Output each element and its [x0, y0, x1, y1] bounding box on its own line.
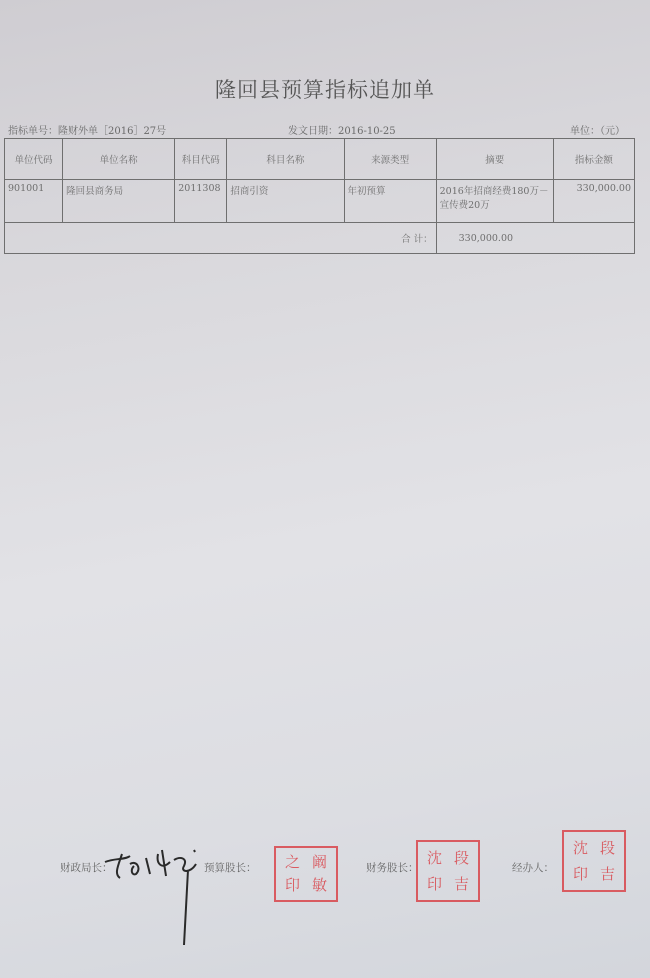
handwritten-signature — [100, 840, 215, 950]
cell-unit-name: 隆回县商务局 — [63, 180, 175, 223]
header-source-type: 来源类型 — [344, 139, 436, 180]
seal-char: 沈 — [567, 838, 594, 859]
seal-char: 阚 — [306, 852, 333, 873]
doc-number-label: 指标单号： — [8, 126, 58, 137]
header-unit-name: 单位名称 — [63, 139, 175, 180]
cell-subject-code: 2011308 — [175, 180, 227, 223]
seal-char: 吉 — [594, 864, 621, 885]
table-header-row: 单位代码 单位名称 科目代码 科目名称 来源类型 摘要 指标金额 — [5, 139, 635, 180]
header-subject-name: 科目名称 — [227, 139, 344, 180]
budget-chief-seal: 之阚印敏 — [274, 846, 338, 902]
total-row: 合 计： 330,000.00 — [5, 223, 635, 254]
table-row: 901001 隆回县商务局 2011308 招商引资 年初预算 2016年招商经… — [5, 180, 635, 223]
budget-table: 单位代码 单位名称 科目代码 科目名称 来源类型 摘要 指标金额 901001 … — [4, 138, 635, 254]
header-unit-code: 单位代码 — [5, 139, 63, 180]
seal-char: 敏 — [306, 875, 333, 896]
issue-date: 发文日期：2016-10-25 — [288, 122, 396, 137]
handler-seal: 沈段印吉 — [562, 830, 626, 892]
header-summary: 摘要 — [436, 139, 553, 180]
seal-char: 段 — [448, 848, 475, 869]
seal-char: 之 — [279, 852, 306, 873]
unit-note: 单位：（元） — [570, 122, 625, 137]
issue-date-label: 发文日期： — [288, 126, 338, 137]
seal-char: 沈 — [421, 848, 448, 869]
seal-char: 印 — [279, 875, 306, 896]
doc-number-value: 隆财外单［2016］27号 — [58, 126, 166, 137]
seal-char: 吉 — [448, 874, 475, 895]
finance-chief-seal: 沈段印吉 — [416, 840, 480, 902]
seal-char: 印 — [567, 864, 594, 885]
doc-number: 指标单号：隆财外单［2016］27号 — [8, 122, 166, 137]
seal-char: 段 — [594, 838, 621, 859]
total-value: 330,000.00 — [436, 223, 634, 254]
cell-amount: 330,000.00 — [553, 180, 634, 223]
cell-unit-code: 901001 — [5, 180, 63, 223]
total-label: 合 计： — [5, 223, 437, 254]
handler-label: 经办人： — [512, 860, 554, 875]
cell-summary: 2016年招商经费180万－宣传费20万 — [436, 180, 553, 223]
finance-chief-label: 财务股长： — [366, 860, 419, 875]
document-title: 隆回县预算指标追加单 — [0, 74, 650, 104]
issue-date-value: 2016-10-25 — [338, 126, 396, 137]
seal-char: 印 — [421, 874, 448, 895]
budget-addition-form: 隆回县预算指标追加单 指标单号：隆财外单［2016］27号 发文日期：2016-… — [0, 0, 650, 978]
budget-chief-label: 预算股长： — [204, 860, 257, 875]
cell-subject-name: 招商引资 — [227, 180, 344, 223]
header-subject-code: 科目代码 — [175, 139, 227, 180]
header-amount: 指标金额 — [553, 139, 634, 180]
cell-source-type: 年初预算 — [344, 180, 436, 223]
